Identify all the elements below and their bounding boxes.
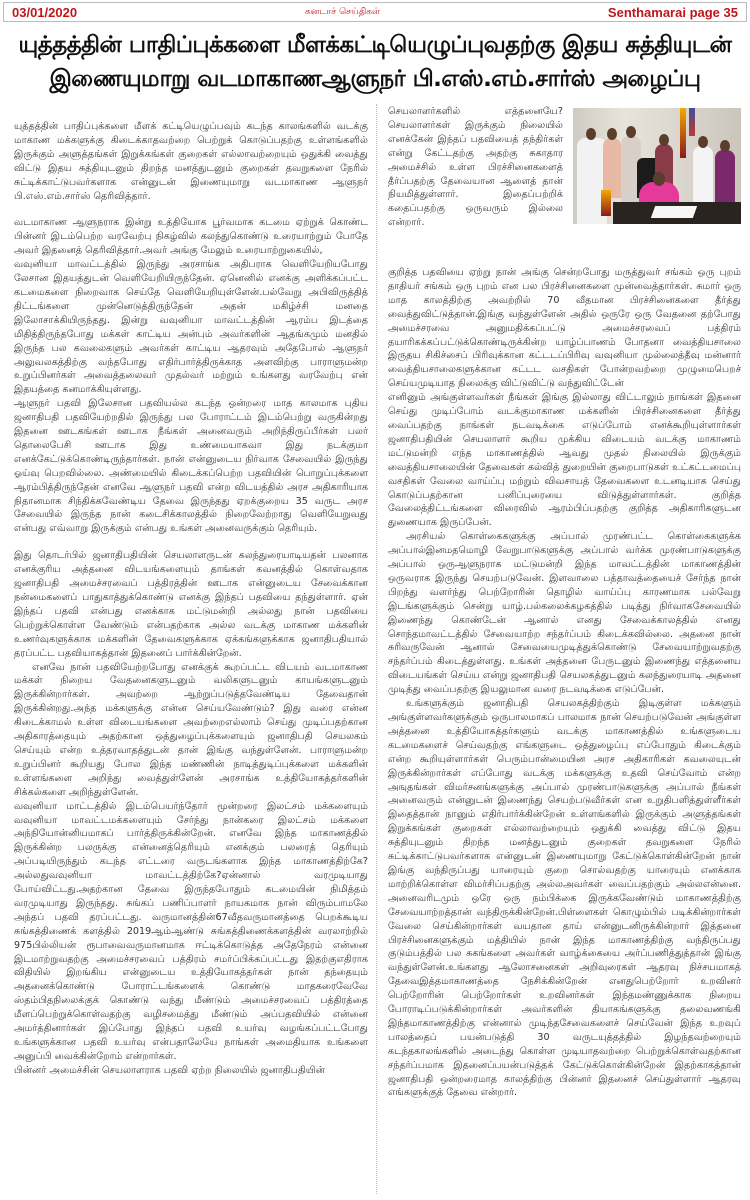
article-right-column: குறித்த பதவியை ஏற்று நான் அங்கு சென்றபோத… [388, 266, 741, 1200]
paragraph: வவுனியா மாட்டத்தில் இடம்பெயர்ந்தோர் மூன்… [14, 800, 368, 1064]
article-right-top-column: செயலாளர்களில் எத்தனையே? செயலாளர்கள் இருக… [388, 105, 563, 255]
headline-line-2: இணையுமாறு வடமாகாணஆளுநர் பி.எஸ்.எம்.சார்ஸ… [0, 62, 750, 96]
paragraph: எனினும் அங்குள்ளவர்கள் நீங்கள் இங்கு இல்… [388, 391, 741, 530]
paragraph: பின்னர் அமைச்சின் செயலாளராக பதவி ஏற்ற நி… [14, 1064, 368, 1078]
flag-icon [601, 190, 611, 216]
page-header-bar: 03/01/2020 கனடாச் செய்திகள் Senthamarai … [3, 2, 747, 22]
paragraph: வடமாகாண ஆளுநராக இன்று உத்தியோக பூர்வமாக … [14, 216, 368, 258]
article-headline: யுத்தத்தின் பாதிப்புக்களை மீளக்கட்டியெழு… [0, 28, 750, 96]
section-name: கனடாச் செய்திகள் [305, 7, 380, 18]
paragraph: அரசியல் கொள்கைகளுக்கு அப்பால் முரண்பட்ட … [388, 530, 741, 697]
issue-date: 03/01/2020 [12, 5, 77, 20]
flag-icon [680, 108, 686, 158]
paragraph: யுத்தத்தின் பாதிப்புக்களை மீளக் கட்டியெழ… [14, 120, 368, 203]
document-paper [651, 206, 697, 218]
article-photo [573, 108, 741, 224]
article-left-column: யுத்தத்தின் பாதிப்புக்களை மீளக் கட்டியெழ… [14, 120, 368, 1200]
paragraph: ஆளுநர் பதவி இலேசான பதவியல்ல கடந்த ஒன்றரை… [14, 397, 368, 536]
paragraph: உங்களுக்கும் ஜனாதிபதி செயலகத்திற்கும் இட… [388, 697, 741, 1100]
page-info: Senthamarai page 35 [608, 5, 738, 20]
headline-line-1: யுத்தத்தின் பாதிப்புக்களை மீளக்கட்டியெழு… [0, 28, 750, 62]
column-divider [376, 104, 377, 1194]
flag-icon [689, 108, 695, 136]
paragraph: எனவே நான் பதவியேற்றபோது எனக்குக் கூறப்பட… [14, 661, 368, 800]
paragraph: வவுனியா மாவட்டத்தில் இருந்து அரசாங்க அதி… [14, 258, 368, 397]
paragraph: இது தொடர்பில் ஜனாதிபதியின் செயலாளருடன் க… [14, 549, 368, 660]
paragraph: செயலாளர்களில் எத்தனையே? செயலாளர்கள் இருக… [388, 105, 563, 230]
paragraph: குறித்த பதவியை ஏற்று நான் அங்கு சென்றபோத… [388, 266, 741, 391]
